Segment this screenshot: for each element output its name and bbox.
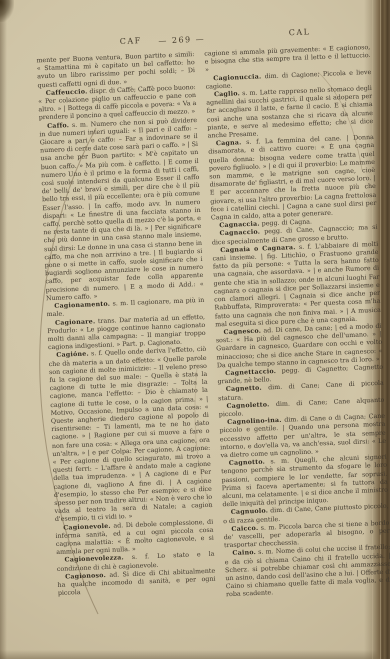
scanned-dictionary-page: { "page": { "kind": "scanned book page, … — [0, 0, 390, 659]
page-crease-artifact — [0, 0, 390, 659]
